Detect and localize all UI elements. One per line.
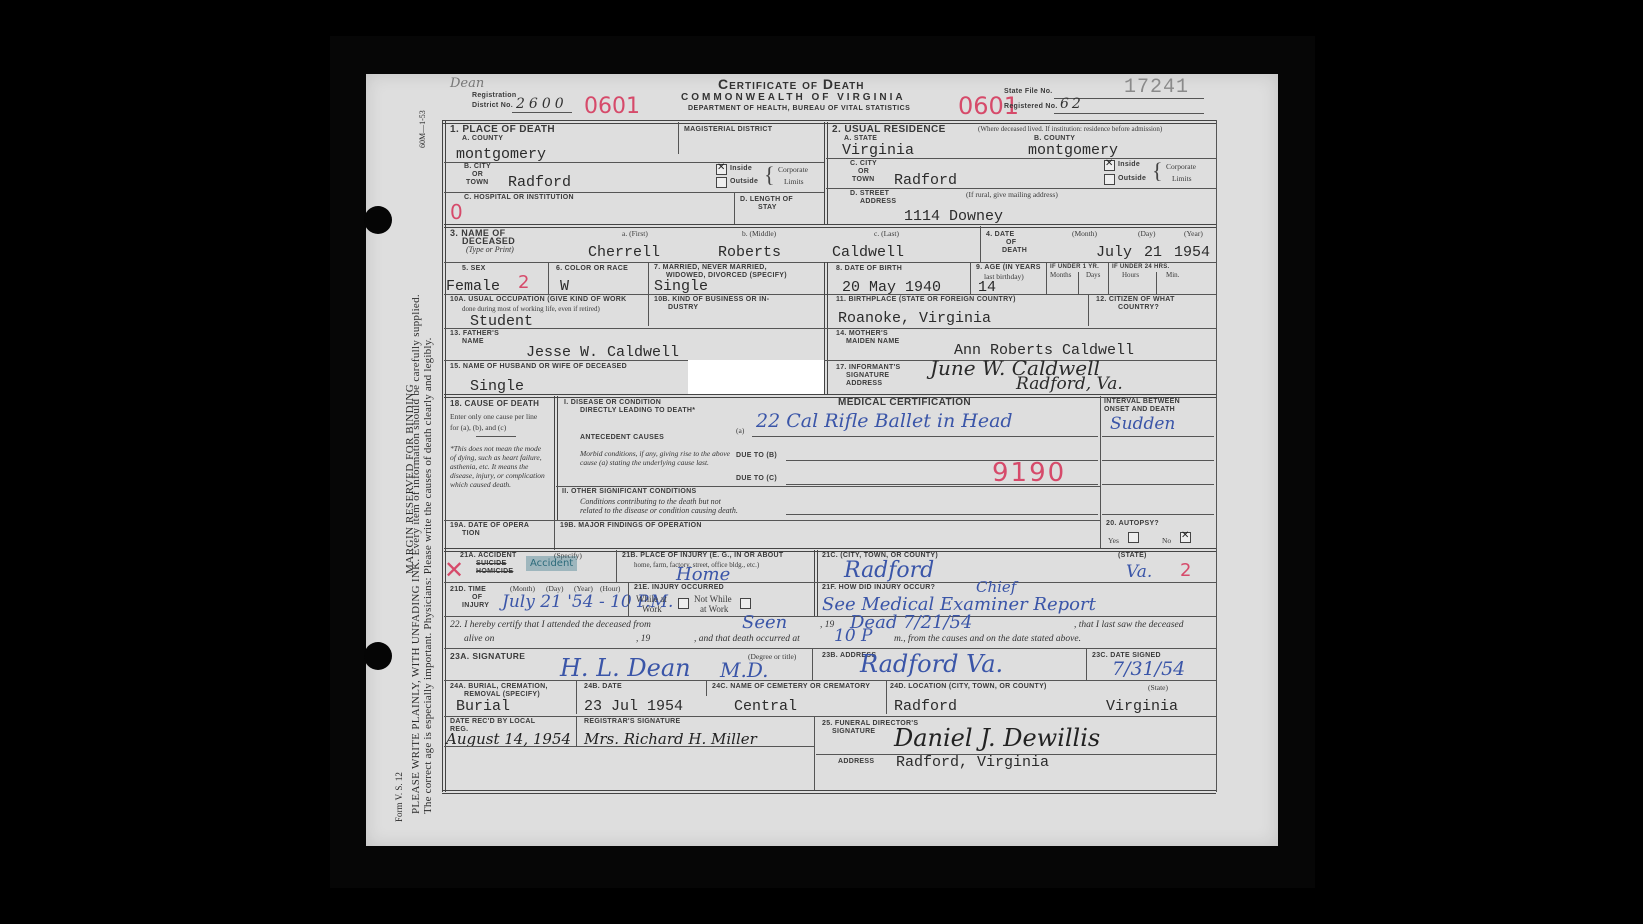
burial-type-value: Burial — [456, 698, 510, 715]
burial-type-label-1: 24a. Burial, Cremation, — [450, 683, 548, 690]
cemetery-label: 24c. Name of Cemetery or Crematory — [712, 683, 870, 690]
death-time-value: 10 P — [834, 626, 872, 646]
part1-label-1: I. Disease or Condition — [564, 399, 661, 406]
street-label-2: Address — [860, 198, 896, 205]
burial-type-label-2: Removal (Specify) — [464, 691, 540, 698]
street-value: 1114 Downey — [904, 208, 1003, 225]
instruction-line-2: The correct age is especially important.… — [422, 337, 434, 814]
occurred-label: 21e. Injury Occurred — [634, 584, 724, 591]
state-file-label: State File No. — [1004, 88, 1053, 95]
informant-label-1: 17. Informant's — [836, 364, 901, 371]
first-name-value: Cherrell — [588, 244, 660, 261]
inside-label: Inside — [730, 165, 752, 172]
interval-label-1: Interval Between — [1104, 398, 1180, 405]
marital-label-1: 7. Married, Never Married, — [654, 264, 767, 271]
antecedent-note: Morbid conditions, if any, giving rise t… — [580, 449, 730, 467]
while-work-label-2: Work — [642, 604, 662, 614]
dod-year-label: (Year) — [1184, 229, 1203, 238]
injury-time-label-3: Injury — [462, 602, 489, 609]
middle-name-label: b. (Middle) — [742, 229, 776, 238]
funeral-label-2: Signature — [832, 728, 875, 735]
age-label-1: 9. Age (In years — [976, 264, 1041, 271]
res-outside-checkbox[interactable] — [1104, 174, 1115, 185]
place-of-death-label: 1. Place of Death — [450, 124, 555, 135]
row-divider — [826, 188, 1216, 189]
injury-state-value: Va. — [1126, 562, 1152, 582]
cert-text-8: , and that death occurred at — [694, 634, 800, 644]
part2-line — [786, 514, 1098, 515]
marital-value: Single — [654, 278, 708, 295]
last-name-value: Caldwell — [832, 244, 904, 261]
commonwealth-title: Commonwealth of Virginia — [681, 92, 906, 103]
physician-signature: H. L. Dean — [560, 654, 691, 682]
death-outside-checkbox[interactable] — [716, 177, 727, 188]
injury-type-label-1: 21a. Accident — [460, 552, 517, 559]
injury-type-label-2: Suicide — [476, 560, 507, 567]
under1-label: If under 1 yr. — [1050, 264, 1099, 270]
citizen-label-1: 12. Citizen of What — [1096, 296, 1175, 303]
form-number: Form V. S. 12 — [394, 772, 404, 822]
res-city-label-2: or — [858, 168, 869, 175]
divider — [616, 550, 617, 582]
cause-note-3: *This does not mean the mode of dying, s… — [450, 444, 548, 489]
row-divider — [444, 294, 1216, 295]
hospital-value: 0 — [450, 200, 463, 224]
city-label-2: or — [472, 171, 483, 178]
form-left-rule — [442, 120, 446, 792]
dob-label: 8. Date of Birth — [836, 265, 902, 272]
due-c-label: Due to (c) — [736, 475, 777, 482]
city-label-3: Town — [466, 179, 488, 186]
birthplace-label: 11. Birthplace (State or foreign country… — [836, 296, 1016, 303]
not-while-label-1: Not While — [694, 594, 732, 604]
short-rule — [476, 436, 516, 437]
res-inside-checkbox[interactable] — [1104, 160, 1115, 171]
county-label: a. County — [462, 135, 503, 142]
res-outside-label: Outside — [1118, 175, 1146, 182]
cert-text-7: , 19 — [636, 634, 650, 644]
row-divider — [444, 192, 824, 193]
sex-code: 2 — [518, 272, 529, 293]
divider — [648, 262, 649, 294]
cert-text-2: , 19 — [820, 620, 834, 630]
interval-rule — [1102, 436, 1214, 437]
res-limits-label: Limits — [1172, 174, 1192, 183]
res-state-value: Virginia — [842, 142, 914, 159]
sex-value: Female — [446, 278, 500, 295]
injury-city-value: Radford — [844, 558, 934, 583]
mother-label-1: 14. Mother's — [836, 330, 888, 337]
divider — [706, 680, 707, 696]
dod-day-label: (Day) — [1138, 229, 1156, 238]
occupation-label-1: 10a. Usual Occupation (Give kind of work — [450, 296, 627, 303]
stay-label-2: Stay — [758, 204, 777, 211]
under24-label: If under 24 hrs. — [1112, 264, 1169, 270]
divider — [1046, 262, 1047, 294]
father-label-1: 13. Father's — [450, 330, 499, 337]
res-county-label: b. County — [1034, 135, 1075, 142]
min-label: Min. — [1166, 271, 1179, 279]
dod-month-label: (Month) — [1072, 229, 1097, 238]
injury-state-label: (State) — [1118, 552, 1147, 559]
magisterial-label: Magisterial District — [684, 126, 772, 133]
divider — [970, 262, 971, 294]
middle-name-value: Roberts — [718, 244, 781, 261]
race-label: 6. Color or Race — [556, 265, 628, 272]
cert-text-6: alive on — [464, 634, 494, 644]
birthplace-value: Roanoke, Virginia — [838, 310, 991, 327]
dod-day-value: 21 — [1144, 244, 1162, 261]
not-while-checkbox[interactable] — [740, 598, 751, 609]
divider — [648, 294, 649, 326]
father-label-2: Name — [462, 338, 484, 345]
death-county-value: montgomery — [456, 146, 546, 163]
divider — [1156, 272, 1157, 294]
usual-residence-label: 2. Usual Residence — [832, 124, 946, 135]
autopsy-yes-label: Yes — [1108, 536, 1119, 545]
form-bottom-rule — [442, 790, 1216, 794]
res-city-value: Radford — [894, 172, 957, 189]
outside-label: Outside — [730, 178, 758, 185]
father-value: Jesse W. Caldwell — [526, 344, 679, 361]
divider — [1078, 272, 1079, 294]
cert-text-9: m., from the causes and on the date stat… — [894, 634, 1081, 644]
how-label: 21f. How Did Injury Occur? — [822, 584, 935, 591]
brace: { — [1152, 158, 1163, 184]
registrar-label: Registrar's Signature — [584, 718, 681, 725]
district-underline — [512, 112, 572, 113]
business-label-2: dustry — [668, 304, 698, 311]
op-date-label-2: tion — [462, 530, 480, 537]
registered-underline — [1054, 113, 1204, 114]
interval-rule — [1102, 460, 1214, 461]
part2-note-2: related to the disease or condition caus… — [580, 506, 738, 515]
op-date-label-1: 19a. Date of Opera — [450, 522, 529, 529]
cert-text-5: , that I last saw the deceased — [1074, 620, 1184, 630]
row-divider — [444, 262, 1216, 263]
brace: { — [764, 162, 775, 188]
autopsy-yes-checkbox[interactable] — [1128, 532, 1139, 543]
attended-from: Seen — [742, 612, 787, 633]
death-city-value: Radford — [508, 174, 571, 191]
registration-label: Registration — [472, 92, 516, 99]
row-divider — [444, 520, 1100, 521]
section-rule — [444, 224, 1216, 228]
informant-address: Radford, Va. — [1016, 374, 1123, 394]
informant-label-3: Address — [846, 380, 882, 387]
form-top-rule — [442, 120, 1216, 124]
red-x-mark: ✕ — [444, 556, 464, 584]
injury-place-label-1: 21b. Place of Injury (e. g., in or about — [622, 552, 783, 559]
row-divider — [444, 582, 1216, 583]
red-stamp-left: 0601 — [584, 94, 640, 119]
row-divider — [444, 746, 814, 747]
corporate-label: Corporate — [778, 165, 808, 174]
cemetery-value: Central — [734, 698, 797, 715]
injury-time-label-2: of — [472, 594, 482, 601]
dod-label-2: of — [1006, 239, 1016, 246]
part2-note-1: Conditions contributing to the death but… — [580, 497, 721, 506]
signature-label: 23a. Signature — [450, 651, 525, 661]
funeral-address-value: Radford, Virginia — [896, 754, 1049, 771]
registered-no: 62 — [1060, 96, 1084, 112]
interval-rule — [1102, 514, 1214, 515]
antecedent-label: Antecedent Causes — [580, 434, 664, 441]
dod-label-1: 4. Date — [986, 231, 1014, 238]
divider — [824, 262, 828, 294]
injury-type-stamp: Accident — [526, 556, 577, 571]
cert-text-1: 22. I hereby certify that I attended the… — [450, 620, 651, 630]
burial-state-value: Virginia — [1106, 698, 1178, 715]
due-b-label: Due to (b) — [736, 452, 777, 459]
line-c-rule — [786, 484, 1098, 485]
injury-time-label-1: 21d. Time — [450, 586, 486, 593]
row-divider — [444, 616, 1216, 617]
dod-year-value: 1954 — [1174, 244, 1210, 261]
form-right-rule — [1216, 120, 1217, 792]
autopsy-no-checkbox[interactable] — [1180, 532, 1191, 543]
divider — [886, 680, 887, 714]
dean-annotation: Dean — [450, 76, 484, 91]
interval-divider — [1100, 396, 1101, 548]
street-note: (If rural, give mailing address) — [966, 190, 1058, 199]
limits-label: Limits — [784, 177, 804, 186]
divider — [576, 716, 577, 746]
cause-note-2: for (a), (b), and (c) — [450, 423, 506, 432]
res-inside-label: Inside — [1118, 161, 1140, 168]
citizen-label-2: Country? — [1118, 304, 1159, 311]
dod-month-value: July — [1096, 244, 1132, 261]
department-title: Department of Health, Bureau of Vital St… — [688, 105, 910, 112]
name-label-3: (Type or Print) — [466, 245, 514, 254]
row-divider — [444, 648, 1216, 649]
autopsy-label: 20. Autopsy? — [1106, 520, 1159, 527]
while-work-label-1: While at — [636, 594, 667, 604]
divider — [548, 262, 549, 294]
row-divider — [444, 360, 1216, 361]
business-label-1: 10b. Kind of Business or In- — [654, 296, 769, 303]
death-certificate: Form V. S. 12 60M—1-53 MARGIN RESERVED F… — [366, 74, 1278, 846]
form-code: 60M—1-53 — [418, 110, 427, 148]
months-label: Months — [1050, 271, 1071, 279]
city-label-1: b. City — [464, 163, 491, 170]
binding-hole-top — [364, 206, 392, 234]
res-corporate-label: Corporate — [1166, 162, 1196, 171]
section-divider-1-2 — [824, 122, 828, 224]
cause-label: 18. Cause of Death — [450, 399, 539, 408]
part1-label-2: Directly Leading to Death* — [580, 407, 695, 414]
res-city-label-3: Town — [852, 176, 874, 183]
binding-hole-bottom — [364, 642, 392, 670]
divider — [1088, 294, 1089, 326]
interval-rule — [1102, 484, 1214, 485]
row-divider — [444, 680, 1216, 681]
burial-location-label: 24d. Location (City, town, or county) — [890, 683, 1047, 690]
divider — [824, 294, 828, 394]
physician-degree: M.D. — [720, 658, 769, 682]
burial-state-label: (State) — [1148, 683, 1168, 692]
divider — [1086, 648, 1087, 680]
registered-label: Registered No. — [1004, 103, 1058, 110]
funeral-director-signature: Daniel J. Dewillis — [894, 724, 1100, 752]
street-label-1: d. Street — [850, 190, 889, 197]
physician-address: Radford Va. — [860, 650, 1003, 678]
occupation-label-2: done during most of working life, even i… — [462, 305, 600, 313]
not-while-label-2: at Work — [700, 604, 728, 614]
certificate-title: Certificate of Death — [718, 76, 865, 92]
days-label: Days — [1086, 271, 1100, 279]
injury-state-code: 2 — [1180, 560, 1191, 581]
line-a-label: (a) — [736, 426, 744, 435]
res-county-value: montgomery — [1028, 142, 1118, 159]
district-label: District No. — [472, 102, 513, 109]
burial-date-label: 24b. Date — [584, 683, 622, 690]
interval-label-2: Onset and Death — [1104, 406, 1175, 413]
part2-rule — [556, 486, 1100, 487]
date-received-label-1: Date Rec'd by Local — [450, 718, 535, 725]
spouse-label: 15. Name of Husband or Wife of Deceased — [450, 363, 627, 370]
dod-label-3: Death — [1002, 247, 1027, 254]
mother-label-2: Maiden Name — [846, 338, 899, 345]
divider — [814, 716, 815, 790]
part2-label: II. Other Significant Conditions — [562, 488, 696, 495]
stay-divider — [734, 192, 735, 224]
divider — [1108, 262, 1109, 294]
date-signed-value: 7/31/54 — [1112, 658, 1185, 680]
informant-label-2: Signature — [846, 372, 889, 379]
stay-label-1: d. Length of — [740, 196, 793, 203]
divider — [812, 648, 813, 680]
row-divider — [444, 716, 1216, 717]
instruction-line-1: PLEASE WRITE PLAINLY, WITH UNFADING INK.… — [410, 294, 422, 814]
redacted-area — [688, 360, 824, 394]
burial-date-value: 23 Jul 1954 — [584, 698, 683, 715]
medical-heading: Medical Certification — [838, 397, 971, 408]
injury-type-label-3: Homicide — [476, 568, 513, 575]
race-value: W — [560, 278, 569, 295]
last-name-label: c. (Last) — [874, 229, 899, 238]
state-label: a. State — [844, 135, 877, 142]
dod-divider — [980, 226, 981, 262]
divider — [554, 396, 558, 520]
divider — [554, 520, 555, 550]
cause-line-a: 22 Cal Rifle Ballet in Head — [756, 410, 1013, 432]
interval-value: Sudden — [1110, 414, 1175, 434]
registration-district-no: 2600 — [516, 96, 568, 112]
usual-residence-note: (Where deceased lived. If institution: r… — [978, 125, 1162, 133]
divider — [576, 680, 577, 714]
burial-location-value: Radford — [894, 698, 957, 715]
first-name-label: a. (First) — [622, 229, 648, 238]
cause-note-1: Enter only one cause per line — [450, 412, 537, 421]
autopsy-no-label: No — [1162, 536, 1171, 545]
state-file-no: 17241 — [1124, 76, 1189, 99]
spouse-value: Single — [470, 378, 524, 395]
hospital-label: c. Hospital or Institution — [464, 194, 574, 201]
death-inside-checkbox[interactable] — [716, 164, 727, 175]
line-a-rule — [752, 436, 1098, 437]
sex-label: 5. Sex — [462, 265, 486, 272]
op-findings-label: 19b. Major Findings of Operation — [560, 522, 702, 529]
divider — [814, 550, 818, 616]
magisterial-divider — [678, 122, 679, 154]
hours-label: Hours — [1122, 271, 1139, 279]
funeral-address-label: Address — [838, 758, 874, 765]
res-city-label-1: c. City — [850, 160, 877, 167]
divider — [628, 582, 629, 616]
while-work-checkbox[interactable] — [678, 598, 689, 609]
row-divider — [444, 328, 1216, 329]
